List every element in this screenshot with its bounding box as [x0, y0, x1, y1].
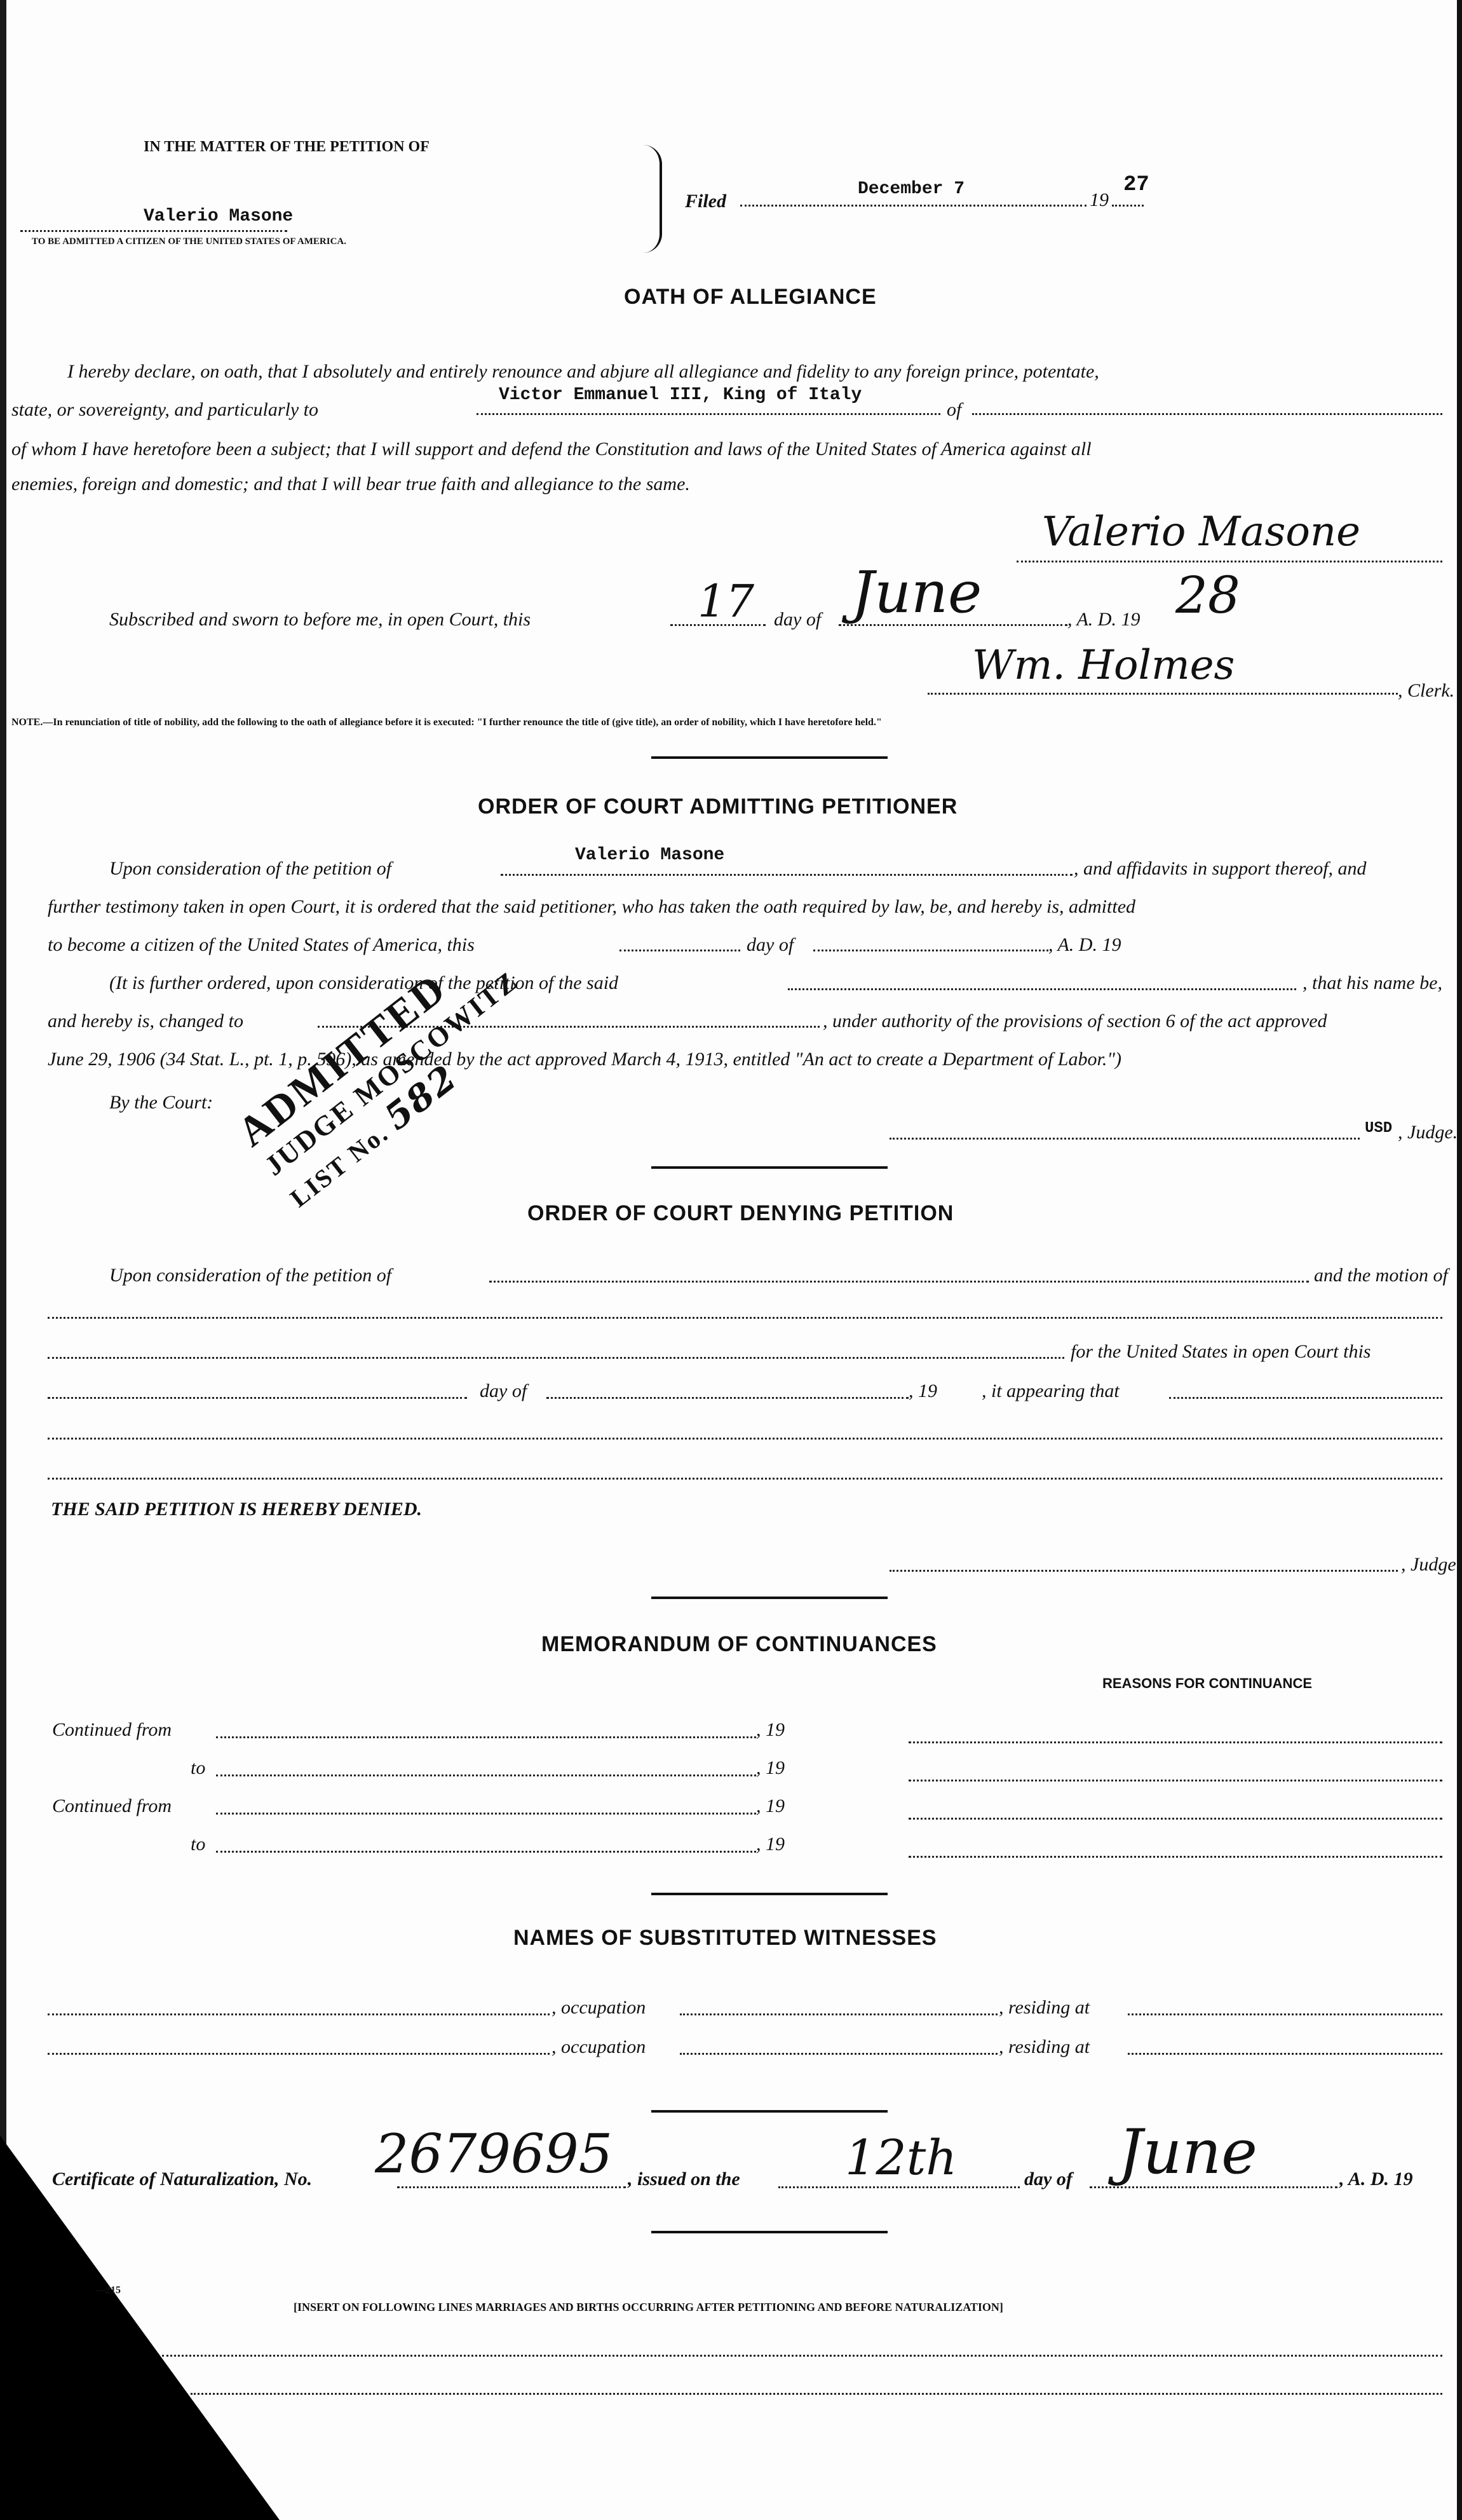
continued-from-label: Continued from	[52, 1795, 172, 1817]
admitting-line-4-prefix: (It is further ordered, upon considerati…	[109, 972, 618, 994]
certificate-day-of: day of	[1024, 2169, 1073, 2190]
oath-line-2-prefix: state, or sovereignty, and particularly …	[11, 399, 318, 421]
admitted-stamp: ADMITTED JUDGE MOSCOWITZ LIST No. 582	[229, 927, 550, 1215]
denying-day-of: day of	[480, 1380, 527, 1402]
denying-judge-label: , Judge.	[1401, 1554, 1461, 1576]
country-line	[972, 413, 1442, 415]
denying-line-3-suffix: for the United States in open Court this	[1071, 1341, 1371, 1363]
certificate-number: 2679695	[375, 2123, 613, 2185]
certificate-day-line	[778, 2186, 1020, 2188]
sworn-year: 28	[1175, 566, 1240, 625]
continued-from-year: , 19	[756, 1795, 785, 1817]
section-divider	[651, 1893, 888, 1895]
sovereign-name: Victor Emmanuel III, King of Italy	[499, 385, 862, 405]
filed-year-line	[1112, 205, 1144, 207]
witness-name-line	[48, 2013, 550, 2015]
oath-line-4: enemies, foreign and domestic; and that …	[11, 473, 690, 495]
witness-residence-line	[1128, 2013, 1442, 2015]
judge-line	[890, 1138, 1360, 1140]
oath-line-3: of whom I have heretofore been a subject…	[11, 439, 1092, 460]
scan-corner-shadow	[0, 2135, 280, 2520]
continued-from-label: Continued from	[52, 1719, 172, 1741]
denying-line-1-prefix: Upon consideration of the petition of	[109, 1265, 391, 1286]
name-change-petitioner-line	[788, 988, 1296, 990]
continuances-title: MEMORANDUM OF CONTINUANCES	[541, 1632, 937, 1657]
witness-occupation-line	[680, 2013, 998, 2015]
filed-year-prefix: 19	[1090, 189, 1109, 211]
oath-line-2-suffix: of	[947, 399, 961, 421]
marriages-births-line	[191, 2393, 1442, 2395]
admitting-line-1-prefix: Upon consideration of the petition of	[109, 858, 391, 880]
section-divider	[651, 2110, 888, 2113]
denying-judge-line	[890, 1570, 1398, 1572]
sworn-month: June	[851, 559, 982, 626]
sovereign-line	[477, 413, 940, 415]
reason-line	[909, 1780, 1442, 1781]
admitting-day-line	[619, 950, 740, 951]
reason-line	[909, 1818, 1442, 1820]
admitting-line-4-suffix: , that his name be,	[1303, 972, 1442, 994]
continued-from-line	[216, 1736, 756, 1738]
denying-title: ORDER OF COURT DENYING PETITION	[527, 1201, 954, 1226]
certificate-label: Certificate of Naturalization, No.	[52, 2169, 312, 2190]
judge-label: , Judge.	[1398, 1122, 1458, 1143]
witness-occupation-label: , occupation	[552, 1997, 646, 2019]
form-number: —215	[95, 2285, 121, 2296]
scan-edge-right	[1457, 0, 1462, 2520]
admitting-line-5-suffix: , under authority of the provisions of s…	[823, 1011, 1327, 1032]
witness-name-line	[48, 2053, 550, 2055]
filed-label: Filed	[685, 191, 726, 212]
section-divider	[651, 2231, 888, 2233]
witness-residing-label: , residing at	[999, 1997, 1090, 2019]
admitting-ad: , A. D. 19	[1048, 934, 1121, 956]
section-divider	[651, 756, 888, 759]
certificate-day: 12th	[845, 2129, 957, 2186]
admitting-line-6: June 29, 1906 (34 Stat. L., pt. 1, p. 59…	[48, 1049, 1121, 1070]
witness-residence-line	[1128, 2053, 1442, 2055]
admitting-title: ORDER OF COURT ADMITTING PETITIONER	[478, 794, 958, 819]
clerk-line	[928, 693, 1398, 695]
admitting-month-line	[813, 950, 1048, 951]
denying-petitioner-line	[489, 1281, 1309, 1283]
continued-to-line	[216, 1851, 756, 1853]
filed-date-line	[740, 205, 1086, 207]
naturalization-form-page: IN THE MATTER OF THE PETITION OF Valerio…	[0, 0, 1462, 2520]
filed-date: December 7	[858, 179, 965, 199]
marriages-births-line	[162, 2355, 1442, 2357]
admitting-day-of: day of	[747, 934, 794, 956]
subtitle-citizenship: TO BE ADMITTED A CITIZEN OF THE UNITED S…	[32, 236, 346, 247]
witness-occupation-line	[680, 2053, 998, 2055]
continued-to-year: , 19	[756, 1757, 785, 1779]
judge-usd: USD	[1365, 1120, 1392, 1137]
denying-year: , 19	[909, 1380, 937, 1402]
denying-day-line	[48, 1397, 467, 1399]
reason-line	[909, 1856, 1442, 1858]
admitting-petitioner-line	[501, 874, 1073, 876]
petition-denied: THE SAID PETITION IS HEREBY DENIED.	[51, 1499, 422, 1520]
by-the-court: By the Court:	[109, 1092, 213, 1114]
petitioner-signature: Valerio Masone	[1042, 508, 1360, 555]
admitting-line-1-suffix: , and affidavits in support thereof, and	[1074, 858, 1367, 880]
admitting-petitioner-name: Valerio Masone	[575, 845, 724, 865]
reason-line	[909, 1741, 1442, 1743]
matter-label: IN THE MATTER OF THE PETITION OF	[144, 139, 430, 156]
filed-year: 27	[1123, 173, 1149, 197]
sworn-ad: , A. D. 19	[1067, 609, 1140, 630]
bracket	[640, 145, 662, 253]
section-divider	[651, 1597, 888, 1599]
admitting-line-2: further testimony taken in open Court, i…	[48, 896, 1135, 918]
witnesses-title: NAMES OF SUBSTITUTED WITNESSES	[513, 1926, 937, 1951]
oath-title: OATH OF ALLEGIANCE	[624, 285, 877, 310]
reasons-header: REASONS FOR CONTINUANCE	[1102, 1675, 1312, 1692]
witness-residing-label: , residing at	[999, 2036, 1090, 2058]
sworn-day: 17	[698, 575, 754, 627]
continued-from-line	[216, 1813, 756, 1815]
certificate-month: June	[1118, 2116, 1257, 2188]
denying-reason-line-start	[1169, 1397, 1442, 1399]
signature-line	[1017, 561, 1442, 562]
denying-month-line	[546, 1397, 909, 1399]
continued-from-year: , 19	[756, 1719, 785, 1741]
continued-to-label: to	[191, 1834, 205, 1855]
denying-reason-line-3	[48, 1478, 1442, 1480]
clerk-signature: Wm. Holmes	[972, 642, 1235, 689]
nobility-note: NOTE.—In renunciation of title of nobili…	[11, 717, 882, 728]
certificate-ad: , A. D. 19	[1339, 2169, 1413, 2190]
continued-to-label: to	[191, 1757, 205, 1779]
petitioner-name-line	[20, 230, 287, 232]
certificate-number-line	[397, 2186, 626, 2188]
denying-reason-line-2	[48, 1438, 1442, 1440]
denying-line-2	[48, 1317, 1442, 1319]
continued-to-line	[216, 1774, 756, 1776]
denying-appearing: , it appearing that	[982, 1380, 1120, 1402]
denying-line-3	[48, 1357, 1064, 1359]
sworn-day-of: day of	[774, 609, 821, 630]
clerk-label: , Clerk.	[1398, 680, 1454, 702]
petitioner-name: Valerio Masone	[144, 207, 293, 226]
oath-line-1: I hereby declare, on oath, that I absolu…	[67, 361, 1099, 383]
admitting-line-3-prefix: to become a citizen of the United States…	[48, 934, 475, 956]
admitting-line-5-prefix: and hereby is, changed to	[48, 1011, 243, 1032]
section-divider	[651, 1166, 888, 1169]
denying-line-1-suffix: and the motion of	[1314, 1265, 1448, 1286]
continued-to-year: , 19	[756, 1834, 785, 1855]
insert-note: [INSERT ON FOLLOWING LINES MARRIAGES AND…	[294, 2301, 1003, 2314]
certificate-issued-label: , issued on the	[628, 2169, 740, 2190]
sworn-prefix: Subscribed and sworn to before me, in op…	[109, 609, 531, 630]
witness-occupation-label: , occupation	[552, 2036, 646, 2058]
